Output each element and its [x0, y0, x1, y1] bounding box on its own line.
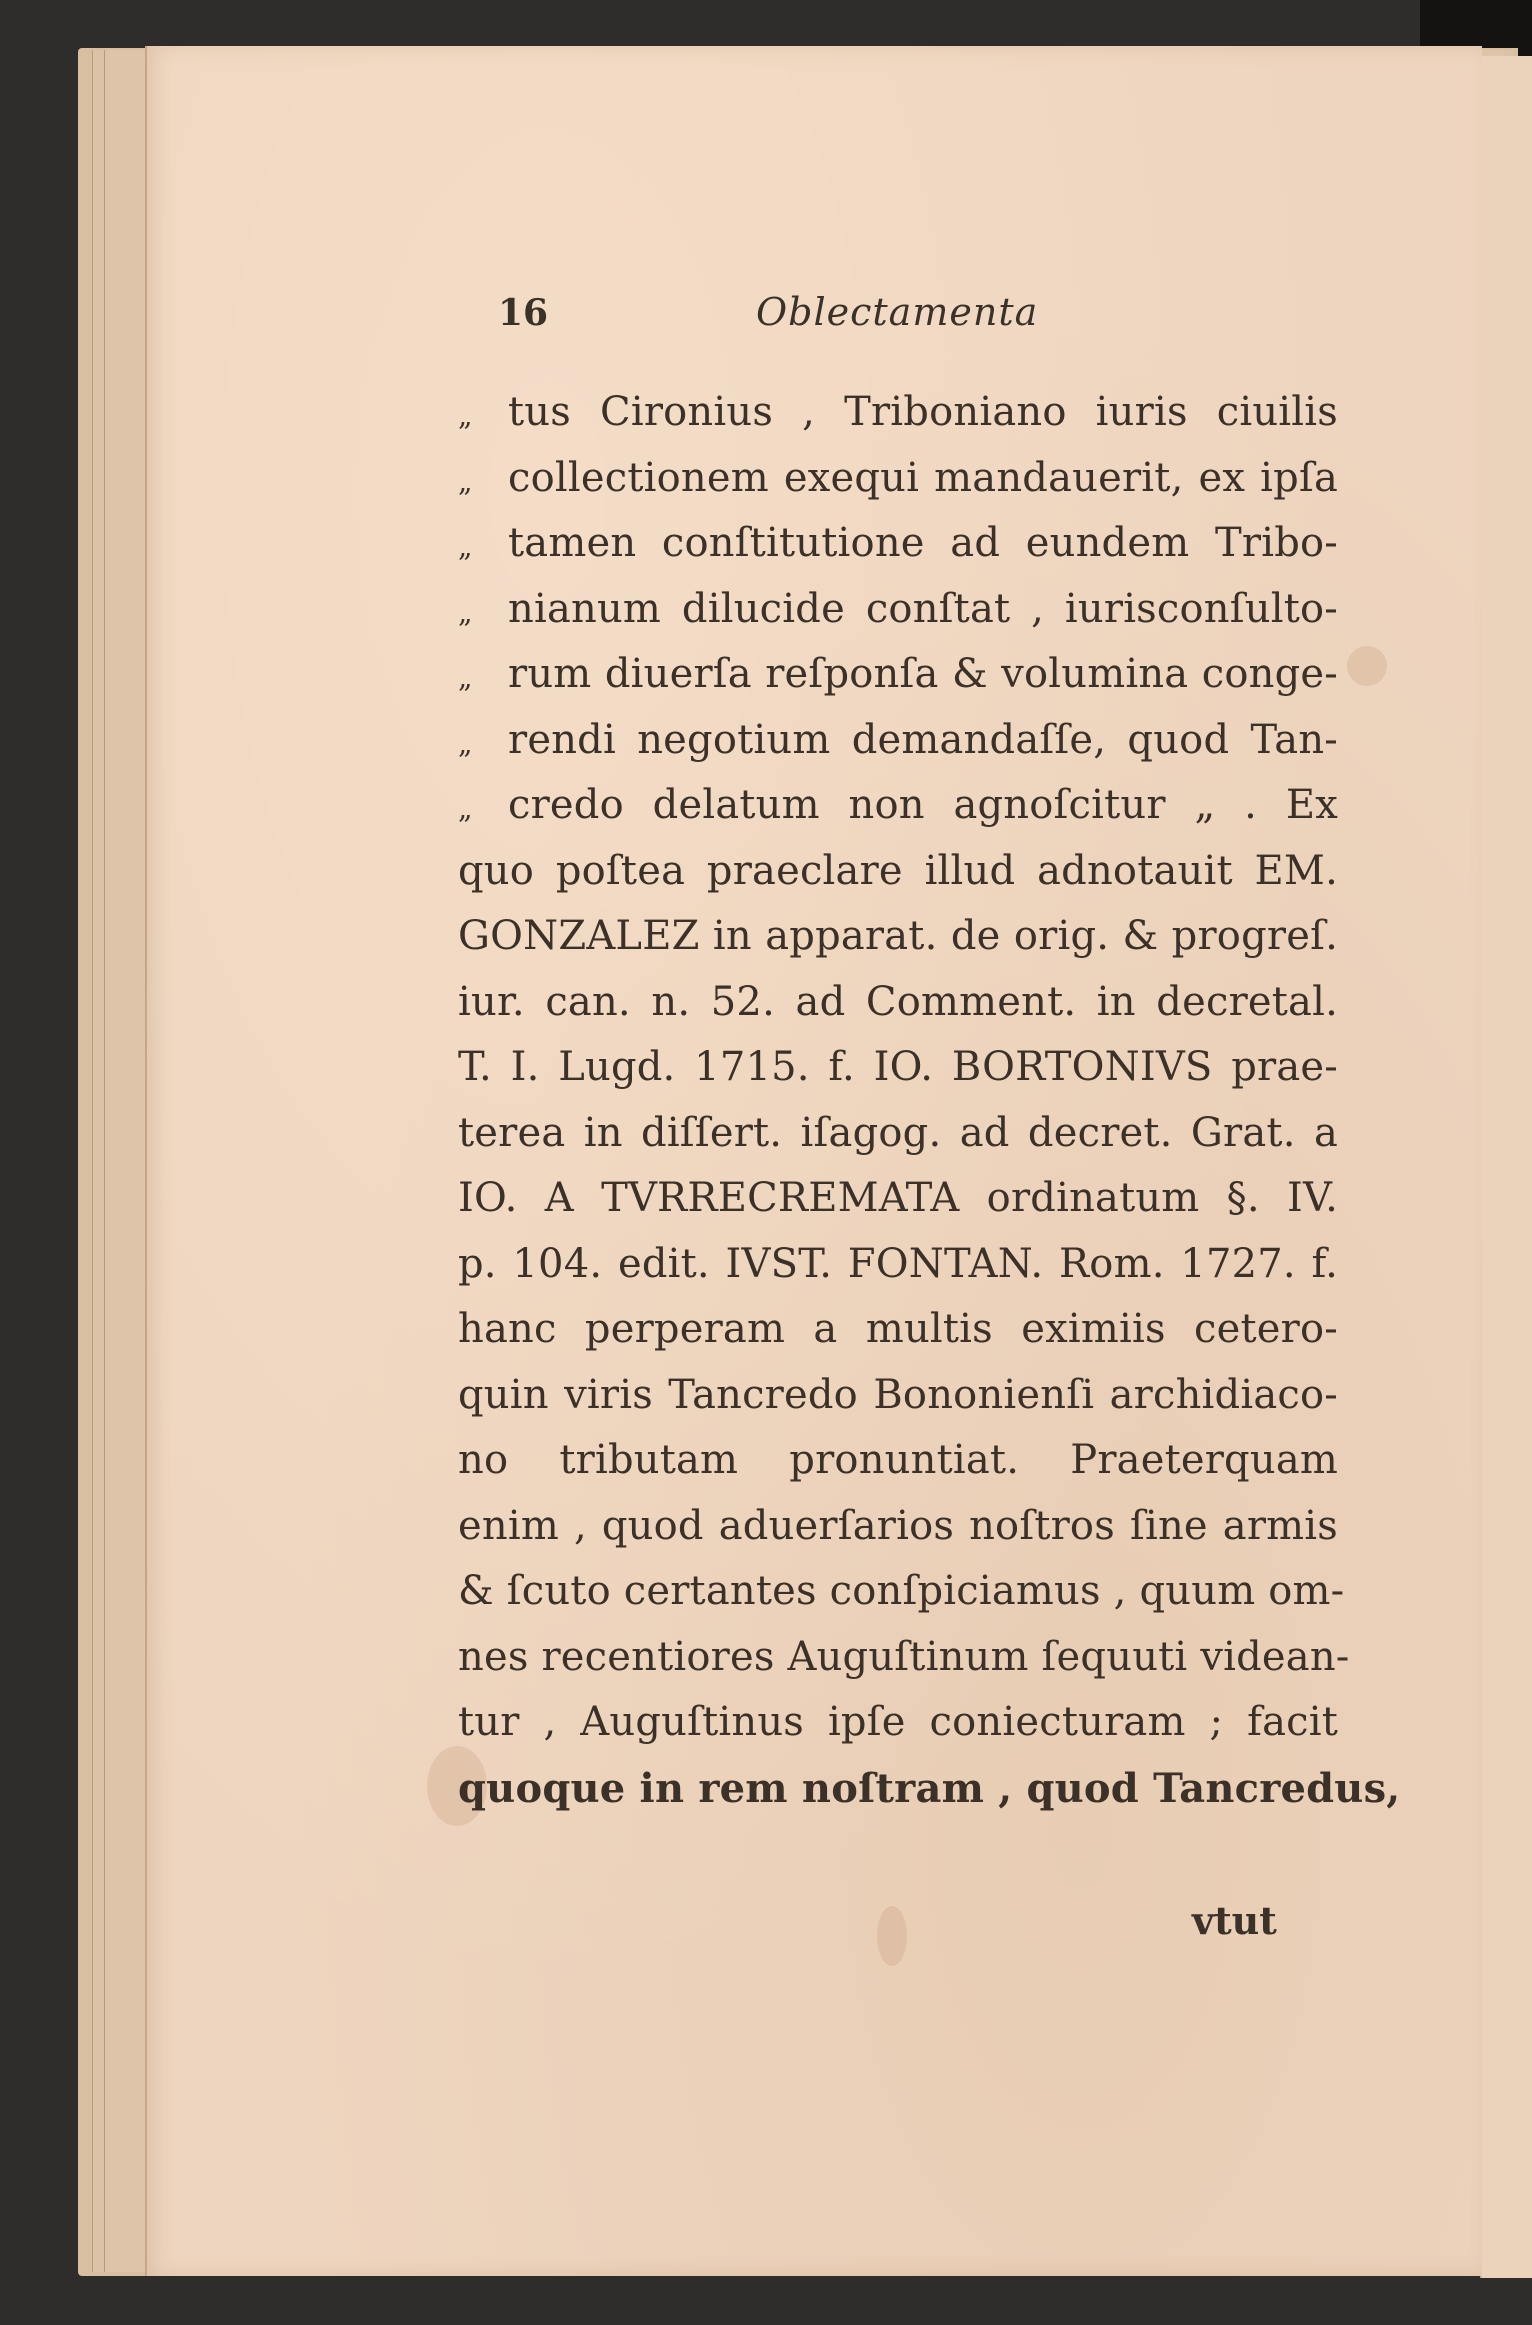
- line-text: no tributam pronuntiat. Praeterquam: [458, 1428, 1338, 1494]
- line-text: rendi negotium demandaſſe, quod Tan-: [508, 708, 1338, 774]
- quote-mark: „: [458, 776, 508, 842]
- line-text: terea in diſſert. iſagog. ad decret. Gra…: [458, 1101, 1338, 1167]
- line-text: quo poſtea praeclare illud adnotauit EM.: [458, 839, 1338, 905]
- line-text: hanc perperam a multis eximiis cetero-: [458, 1297, 1338, 1363]
- line-text: rum diuerſa reſponſa & volumina conge-: [508, 642, 1338, 708]
- foxing-spot: [1347, 646, 1387, 686]
- line-text: collectionem exequi mandauerit, ex ipſa: [508, 446, 1338, 512]
- text-line: iur. can. n. 52. ad Comment. in decretal…: [458, 970, 1338, 1036]
- quote-mark: „: [458, 449, 508, 515]
- line-text: T. I. Lugd. 1715. f. IO. BORTONIVS prae-: [458, 1035, 1338, 1101]
- text-line: quoque in rem noſtram , quod Tancredus,: [458, 1756, 1338, 1822]
- quote-mark: „: [458, 383, 508, 449]
- text-line: GONZALEZ in apparat. de orig. & progreſ.: [458, 904, 1338, 970]
- line-text: p. 104. edit. IVST. FONTAN. Rom. 1727. f…: [458, 1232, 1338, 1298]
- text-line: & ſcuto certantes conſpiciamus , quum om…: [458, 1559, 1338, 1625]
- text-line: terea in diſſert. iſagog. ad decret. Gra…: [458, 1101, 1338, 1167]
- text-line: hanc perperam a multis eximiis cetero-: [458, 1297, 1338, 1363]
- line-text: GONZALEZ in apparat. de orig. & progreſ.: [458, 904, 1338, 970]
- quote-mark: „: [458, 514, 508, 580]
- text-line: T. I. Lugd. 1715. f. IO. BORTONIVS prae-: [458, 1035, 1338, 1101]
- line-text: tus Cironius , Triboniano iuris ciuilis: [508, 380, 1338, 446]
- quote-mark: „: [458, 645, 508, 711]
- line-text: tamen conſtitutione ad eundem Tribo-: [508, 511, 1338, 577]
- line-text: credo delatum non agnoſcitur „ . Ex: [508, 773, 1338, 839]
- text-line: quin viris Tancredo Bononienſi archidiac…: [458, 1363, 1338, 1429]
- text-line: tur , Auguſtinus ipſe coniecturam ; faci…: [458, 1690, 1338, 1756]
- line-text: IO. A TVRRECREMATA ordinatum §. IV.: [458, 1166, 1338, 1232]
- quoted-line: „credo delatum non agnoſcitur „ . Ex: [458, 773, 1338, 839]
- quoted-line: „tamen conſtitutione ad eundem Tribo-: [458, 511, 1338, 577]
- text-line: quo poſtea praeclare illud adnotauit EM.: [458, 839, 1338, 905]
- foxing-spot: [877, 1906, 907, 1966]
- line-text: tur , Auguſtinus ipſe coniecturam ; faci…: [458, 1690, 1338, 1756]
- line-text: quin viris Tancredo Bononienſi archidiac…: [458, 1363, 1338, 1429]
- line-text: nianum dilucide conſtat , iurisconſulto-: [508, 577, 1338, 643]
- running-head: 16 Oblectamenta: [498, 290, 1098, 340]
- text-line: no tributam pronuntiat. Praeterquam: [458, 1428, 1338, 1494]
- line-text: enim , quod aduerſarios noſtros ſine arm…: [458, 1494, 1338, 1560]
- text-line: enim , quod aduerſarios noſtros ſine arm…: [458, 1494, 1338, 1560]
- text-line: nes recentiores Auguſtinum ſequuti videa…: [458, 1625, 1338, 1691]
- facing-page-edge: [1480, 56, 1532, 2278]
- quote-mark: „: [458, 580, 508, 646]
- quoted-line: „rum diuerſa reſponſa & volumina conge-: [458, 642, 1338, 708]
- text-line: p. 104. edit. IVST. FONTAN. Rom. 1727. f…: [458, 1232, 1338, 1298]
- quoted-line: „tus Cironius , Triboniano iuris ciuilis: [458, 380, 1338, 446]
- page-number: 16: [498, 292, 548, 334]
- line-text: & ſcuto certantes conſpiciamus , quum om…: [458, 1559, 1344, 1625]
- quote-mark: „: [458, 711, 508, 777]
- quoted-line: „collectionem exequi mandauerit, ex ipſa: [458, 446, 1338, 512]
- body-text: „tus Cironius , Triboniano iuris ciuilis…: [458, 380, 1338, 1821]
- text-line: IO. A TVRRECREMATA ordinatum §. IV.: [458, 1166, 1338, 1232]
- running-title: Oblectamenta: [756, 290, 1038, 334]
- quoted-line: „rendi negotium demandaſſe, quod Tan-: [458, 708, 1338, 774]
- line-text: nes recentiores Auguſtinum ſequuti videa…: [458, 1625, 1350, 1691]
- quoted-line: „nianum dilucide conſtat , iurisconſulto…: [458, 577, 1338, 643]
- line-text: quoque in rem noſtram , quod Tancredus,: [458, 1756, 1400, 1822]
- line-text: iur. can. n. 52. ad Comment. in decretal…: [458, 970, 1338, 1036]
- catchword: vtut: [1192, 1898, 1277, 1943]
